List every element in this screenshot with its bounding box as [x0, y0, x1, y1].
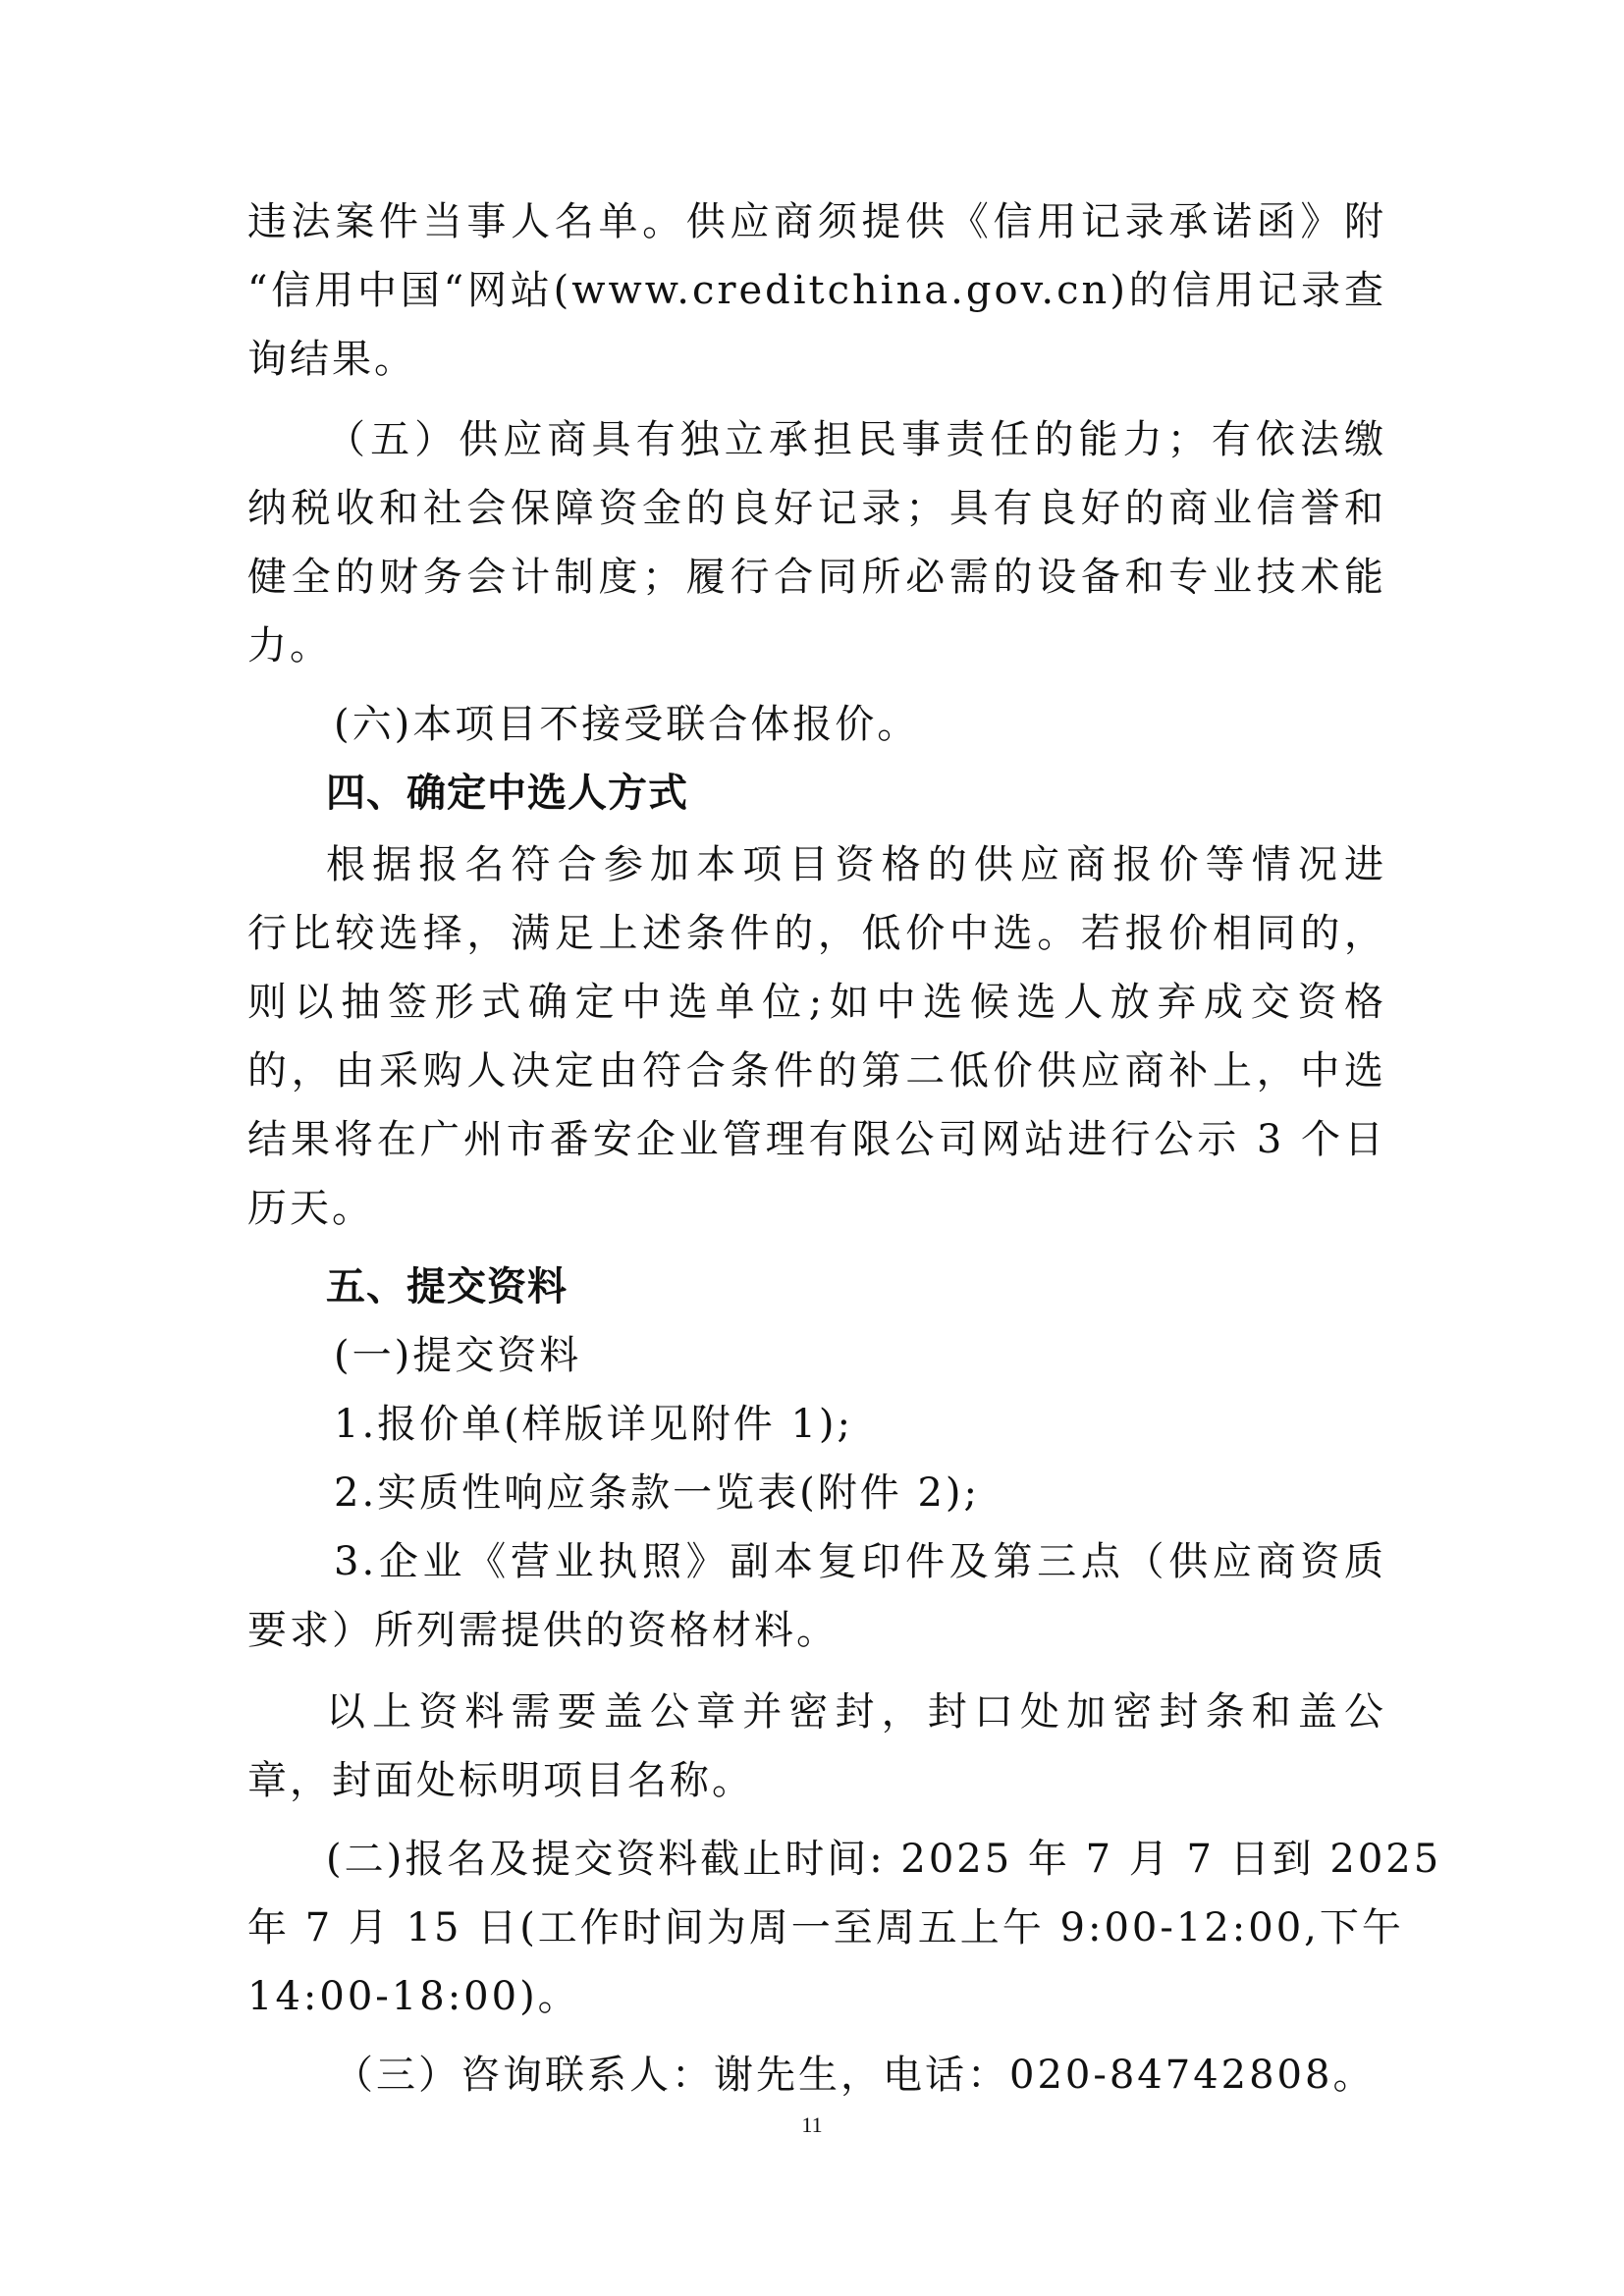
- paragraph-line: 行比较选择，满足上述条件的，低价中选。若报价相同的，: [247, 908, 1386, 959]
- paragraph-line: 违法案件当事人名单。供应商须提供《信用记录承诺函》附: [247, 196, 1386, 247]
- section-heading: 五、提交资料: [326, 1261, 1465, 1312]
- paragraph-line: (六)本项目不接受联合体报价。: [334, 699, 1386, 750]
- paragraph-line: 询结果。: [247, 334, 1386, 385]
- paragraph-line: 则以抽签形式确定中选单位;如中选候选人放弃成交资格: [247, 977, 1386, 1028]
- paragraph-line: （五）供应商具有独立承担民事责任的能力；有依法缴: [326, 414, 1386, 465]
- paragraph-line: 力。: [247, 620, 1386, 671]
- paragraph-line: 要求）所列需提供的资格材料。: [247, 1605, 1386, 1656]
- page-number: 11: [0, 2112, 1624, 2138]
- paragraph-line: (一)提交资料: [334, 1330, 1386, 1381]
- section-heading: 四、确定中选人方式: [326, 768, 1465, 819]
- paragraph-line: “信用中国“网站(www.creditchina.gov.cn)的信用记录查: [247, 265, 1386, 316]
- paragraph-line: 历天。: [247, 1183, 1386, 1234]
- paragraph-line: 根据报名符合参加本项目资格的供应商报价等情况进: [326, 839, 1386, 890]
- paragraph-line: 的，由采购人决定由符合条件的第二低价供应商补上，中选: [247, 1045, 1386, 1096]
- paragraph-line: （三）咨询联系人：谢先生，电话：020-84742808。: [334, 2050, 1386, 2101]
- paragraph-line: 3.企业《营业执照》副本复印件及第三点（供应商资质: [334, 1536, 1386, 1587]
- paragraph-line: 健全的财务会计制度；履行合同所必需的设备和专业技术能: [247, 552, 1386, 603]
- paragraph-line: 章，封面处标明项目名称。: [247, 1755, 1386, 1806]
- paragraph-line: 纳税收和社会保障资金的良好记录；具有良好的商业信誉和: [247, 483, 1386, 534]
- paragraph-line: 1.报价单(样版详见附件 1);: [334, 1399, 1386, 1450]
- paragraph-line: 结果将在广州市番安企业管理有限公司网站进行公示 3 个日: [247, 1114, 1386, 1165]
- paragraph-line: 以上资料需要盖公章并密封，封口处加密封条和盖公: [326, 1686, 1386, 1737]
- paragraph-line: 2.实质性响应条款一览表(附件 2);: [334, 1468, 1386, 1519]
- paragraph-line: (二)报名及提交资料截止时间: 2025 年 7 月 7 日到 2025: [326, 1834, 1386, 1885]
- paragraph-line: 年 7 月 15 日(工作时间为周一至周五上午 9:00-12:00,下午: [247, 1902, 1386, 1953]
- paragraph-line: 14:00-18:00)。: [247, 1971, 1386, 2022]
